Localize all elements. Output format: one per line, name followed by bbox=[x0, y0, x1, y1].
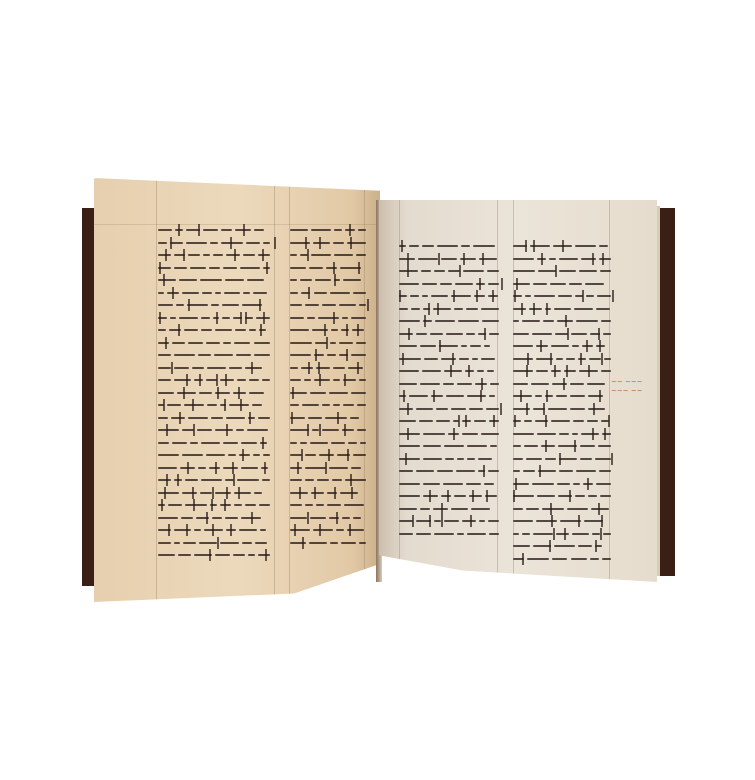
text-line bbox=[513, 340, 611, 353]
text-line bbox=[158, 399, 270, 412]
text-line bbox=[158, 499, 270, 512]
text-line bbox=[290, 487, 366, 500]
text-line bbox=[158, 537, 270, 550]
text-line bbox=[290, 349, 366, 362]
text-line bbox=[158, 287, 270, 300]
text-line bbox=[399, 465, 499, 478]
text-line bbox=[290, 299, 366, 312]
text-line bbox=[290, 474, 366, 487]
text-line bbox=[513, 365, 611, 378]
text-line bbox=[513, 453, 611, 466]
text-line bbox=[399, 290, 499, 303]
text-line bbox=[513, 403, 611, 416]
text-line bbox=[513, 478, 611, 491]
text-line bbox=[399, 503, 499, 516]
text-line bbox=[158, 249, 270, 262]
text-line bbox=[290, 499, 366, 512]
text-line bbox=[290, 437, 366, 450]
text-line bbox=[399, 265, 499, 278]
text-line bbox=[513, 315, 611, 328]
text-line bbox=[513, 353, 611, 366]
text-line bbox=[399, 453, 499, 466]
text-line bbox=[290, 424, 366, 437]
text-line bbox=[158, 387, 270, 400]
text-line bbox=[399, 315, 499, 328]
text-line bbox=[513, 290, 611, 303]
text-line bbox=[290, 374, 366, 387]
text-line bbox=[158, 549, 270, 562]
text-line bbox=[513, 328, 611, 341]
text-line bbox=[290, 387, 366, 400]
text-line bbox=[158, 462, 270, 475]
text-line bbox=[158, 449, 270, 462]
text-line bbox=[158, 512, 270, 525]
text-line bbox=[399, 428, 499, 441]
text-line bbox=[399, 390, 499, 403]
text-line bbox=[513, 428, 611, 441]
text-line bbox=[399, 340, 499, 353]
manuscript-photo: ~~ ~~~~~~ ~~ bbox=[0, 0, 755, 780]
text-line bbox=[290, 249, 366, 262]
text-line bbox=[513, 528, 611, 541]
text-line bbox=[399, 278, 499, 291]
text-line bbox=[513, 490, 611, 503]
text-line bbox=[158, 324, 270, 337]
text-line bbox=[399, 353, 499, 366]
text-line bbox=[290, 462, 366, 475]
text-line bbox=[158, 349, 270, 362]
text-line bbox=[290, 287, 366, 300]
text-line bbox=[513, 440, 611, 453]
text-line bbox=[158, 524, 270, 537]
text-line bbox=[513, 515, 611, 528]
text-line bbox=[158, 262, 270, 275]
text-line bbox=[290, 512, 366, 525]
text-line bbox=[513, 503, 611, 516]
text-line bbox=[158, 362, 270, 375]
text-line bbox=[290, 362, 366, 375]
text-line bbox=[158, 337, 270, 350]
text-line bbox=[399, 440, 499, 453]
text-line bbox=[399, 328, 499, 341]
text-line bbox=[290, 449, 366, 462]
text-line bbox=[513, 465, 611, 478]
text-line bbox=[513, 540, 611, 553]
right-page: ~~ ~~~~~~ ~~ bbox=[379, 200, 657, 582]
text-line bbox=[290, 324, 366, 337]
right-page-column-2 bbox=[513, 240, 611, 565]
left-page-column-1 bbox=[158, 224, 270, 562]
right-page-column-1 bbox=[399, 240, 499, 540]
text-line bbox=[513, 390, 611, 403]
text-line bbox=[158, 437, 270, 450]
text-line bbox=[399, 415, 499, 428]
text-line bbox=[513, 265, 611, 278]
text-line bbox=[513, 278, 611, 291]
text-line bbox=[290, 412, 366, 425]
text-line bbox=[158, 424, 270, 437]
text-line bbox=[290, 312, 366, 325]
text-line bbox=[399, 490, 499, 503]
text-line bbox=[290, 237, 366, 250]
left-page-column-2 bbox=[290, 224, 366, 549]
text-line bbox=[158, 487, 270, 500]
marginal-note: ~~ ~~~~~~ ~~ bbox=[611, 378, 651, 396]
left-page bbox=[94, 178, 380, 602]
text-line bbox=[513, 303, 611, 316]
text-line bbox=[290, 262, 366, 275]
text-line bbox=[513, 378, 611, 391]
text-line bbox=[158, 299, 270, 312]
text-line bbox=[513, 415, 611, 428]
text-line bbox=[513, 240, 611, 253]
text-line bbox=[158, 237, 270, 250]
text-line bbox=[158, 374, 270, 387]
text-line bbox=[158, 474, 270, 487]
text-line bbox=[399, 403, 499, 416]
text-line bbox=[158, 224, 270, 237]
text-line bbox=[399, 303, 499, 316]
text-line bbox=[399, 378, 499, 391]
text-line bbox=[290, 274, 366, 287]
text-line bbox=[290, 537, 366, 550]
text-line bbox=[399, 515, 499, 528]
text-line bbox=[513, 553, 611, 566]
text-line bbox=[399, 528, 499, 541]
text-line bbox=[399, 253, 499, 266]
text-line bbox=[290, 524, 366, 537]
text-line bbox=[158, 412, 270, 425]
text-line bbox=[290, 337, 366, 350]
text-line bbox=[158, 312, 270, 325]
text-line bbox=[513, 253, 611, 266]
text-line bbox=[290, 224, 366, 237]
text-line bbox=[290, 399, 366, 412]
text-line bbox=[399, 478, 499, 491]
text-line bbox=[399, 365, 499, 378]
text-line bbox=[399, 240, 499, 253]
text-line bbox=[158, 274, 270, 287]
